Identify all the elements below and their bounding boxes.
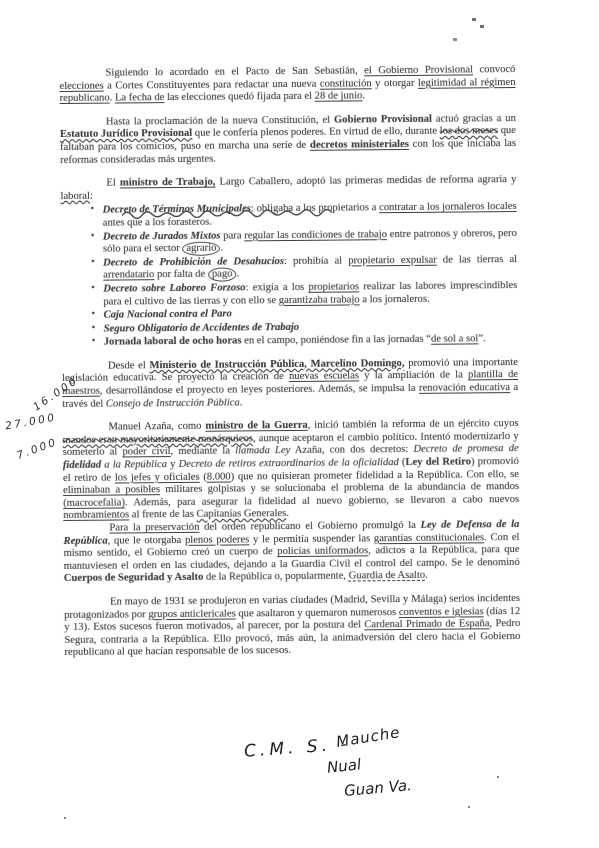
list-item-jurados-mixtos: Decreto de Jurados Mixtos para regular l…	[91, 228, 517, 257]
text-segment: , desarrollándose el proyecto en leyes p…	[100, 383, 419, 397]
text-segment: de las tierras al	[437, 254, 517, 266]
text-segment: .	[220, 243, 223, 254]
text-segment: a los jornaleros.	[360, 293, 430, 305]
text-segment: nuevas escuelas	[289, 371, 359, 383]
text-segment: plenos poderes	[185, 534, 249, 546]
handwritten-margin-note: 7.000	[15, 436, 59, 462]
text-segment: garantizaba trabajo	[279, 294, 360, 306]
paragraph-pacto-san-sebastian: Siguiendo lo acordado en el Pacto de San…	[59, 64, 515, 106]
photocopy-speck	[453, 38, 457, 41]
text-segment: poder civil	[122, 446, 170, 457]
text-segment: pago	[208, 268, 237, 282]
handwritten-note: Nual	[326, 755, 362, 776]
photocopy-speck	[472, 18, 476, 21]
text-segment: de la República o, popularmente,	[203, 571, 348, 583]
text-segment: los dos meses	[440, 126, 498, 138]
text-segment: policías uniformados	[277, 546, 368, 558]
text-segment: militares golpistas y se solucionaba el …	[160, 481, 519, 495]
text-segment: ministro de la Guerra	[205, 420, 307, 432]
text-segment: : prohibía al	[284, 255, 348, 267]
text-segment: renovación educativa	[419, 382, 510, 394]
text-segment: Decreto de retiros extraordinarios de la…	[179, 457, 399, 470]
text-segment: actuó gracias a un	[432, 113, 516, 125]
paragraph-ministro-guerra: Manuel Azaña, como ministro de la Guerra…	[62, 418, 519, 523]
text-segment: propietario expulsar	[348, 254, 437, 266]
text-segment: Decreto de Prohibición de Desahucios	[103, 256, 284, 269]
handwritten-note: Guan Va.	[343, 776, 412, 800]
handwritten-note: Mauche	[335, 723, 402, 751]
text-segment: mandos eran mayoritariamente monárquicos	[63, 433, 253, 446]
text-segment: Cardenal Primado de España	[364, 618, 489, 630]
text-segment: el Gobierno Provisional	[364, 64, 473, 76]
text-segment: Cuerpos de Seguridad y Asalto	[64, 572, 204, 584]
text-segment: a Cortes Constituyentes para redactar un…	[104, 78, 320, 91]
text-segment: Gobierno Provisional	[334, 114, 432, 126]
text-segment: (macrocefalia)	[63, 497, 125, 509]
text-segment: 28 de junio	[315, 91, 363, 102]
text-segment: Ley del Retiro	[405, 456, 471, 468]
text-segment: Decreto de Jurados Mixtos	[103, 230, 221, 242]
list-item-prohibicion-desahucios: Decreto de Prohibición de Desahucios: pr…	[91, 254, 517, 283]
text-segment: del orden republicano el Gobierno promul…	[199, 520, 420, 533]
text-segment: agrario	[182, 242, 220, 256]
text-segment: Caja Nacional contra el Paro	[103, 309, 231, 321]
text-segment: Largo Caballero, adoptó las primeras med…	[215, 174, 516, 188]
text-segment: nombramientos	[63, 510, 129, 522]
text-segment: llamada Ley	[235, 445, 290, 456]
text-segment: , mediante la	[171, 446, 236, 458]
text-segment: : exigía a los	[245, 282, 308, 294]
text-segment: y otorgar	[372, 77, 418, 88]
handwritten-margin-note: 27.000	[4, 412, 57, 433]
text-segment: los jefes y oficiales	[115, 471, 200, 483]
text-segment: grupos anticlericales	[148, 608, 235, 620]
text-segment: Estatuto Jurídico Provisional	[60, 128, 192, 140]
decree-list: Decreto de Términos Municipales: obligab…	[61, 201, 518, 350]
text-segment: Jornada laboral de ocho horas	[104, 336, 242, 348]
text-segment: , inició también la reforma de un ejérci…	[308, 418, 519, 431]
text-segment: .	[425, 570, 428, 581]
text-segment: ”.	[478, 334, 485, 345]
text-segment: El	[106, 178, 120, 189]
text-segment: decretos ministeriales	[310, 139, 409, 151]
text-segment: Capitanías Generales	[196, 508, 286, 520]
text-segment: Para la preservación	[109, 522, 199, 534]
photocopy-speck	[480, 25, 484, 28]
text-segment: ministro de Trabajo,	[120, 177, 216, 189]
paragraph-estatuto-juridico: Hasta la proclamación de la nueva Consti…	[60, 113, 516, 167]
ink-dot	[497, 776, 499, 778]
text-segment: Azaña, con dos decretos:	[290, 444, 413, 456]
text-segment: , que le otorgaba	[108, 535, 185, 547]
text-segment: regular las condiciones de trabajo	[244, 229, 387, 241]
text-segment: .	[362, 91, 365, 102]
text-segment: arrendatario	[103, 269, 154, 280]
text-segment: que asaltaron y quemaron numerosos	[236, 607, 399, 619]
text-segment: Siguiendo lo acordado en el Pacto de San…	[105, 65, 364, 78]
text-segment: Manuel Azaña, como	[108, 421, 205, 433]
text-segment: en el campo, poniéndose fin a las jornad…	[241, 334, 431, 347]
scanned-document-page: Siguiendo lo acordado en el Pacto de San…	[0, 0, 599, 848]
paragraph-quema-conventos: En mayo de 1931 se produjeron en varias …	[64, 593, 521, 660]
text-segment: y	[167, 459, 179, 470]
text-segment: para	[220, 230, 244, 241]
text-segment: laboral	[60, 190, 90, 201]
text-segment: convocó	[473, 64, 515, 75]
text-segment: elecciones	[59, 80, 103, 91]
text-segment: :	[90, 190, 93, 201]
ink-dot	[64, 817, 66, 819]
text-segment: por falta de	[154, 269, 208, 280]
paragraph-instruccion-publica: Desde el Ministerio de Instrucción Públi…	[62, 357, 518, 411]
list-item-jornada-ocho-horas: Jornada laboral de ocho horas en el camp…	[92, 333, 518, 349]
text-segment: 8.000	[207, 471, 231, 482]
text-segment: fidelidad	[63, 460, 101, 471]
text-segment: de sol a sol	[431, 334, 478, 345]
text-segment: Consejo de Instrucción Pública	[106, 397, 240, 409]
text-segment: eliminaban a posibles	[63, 484, 160, 496]
text-segment: contratar a los jornaleros locales	[379, 201, 517, 213]
text-segment: que le confería plenos poderes. En virtu…	[192, 126, 440, 139]
text-segment: Decreto de promesa de	[413, 443, 518, 455]
text-segment: .	[236, 269, 239, 280]
text-segment: al frente de las	[129, 509, 196, 521]
paragraph-defensa-republica: Para la preservación del orden republica…	[63, 519, 520, 586]
text-segment: Ministerio de Instrucción Pública, Marce…	[149, 358, 404, 371]
text-segment: ) que no quisieran prometer fidelidad a …	[231, 469, 519, 483]
text-segment: conventos e iglesias	[399, 606, 484, 618]
text-segment: .	[240, 397, 243, 408]
text-segment: y le permitía suspender las	[249, 533, 374, 545]
text-segment: . Además, para asegurar la fidelidad al …	[125, 494, 519, 508]
text-segment: constitución	[320, 78, 372, 89]
text-segment: Hasta la proclamación de la nueva Consti…	[106, 114, 334, 127]
paragraph-ministro-trabajo: El ministro de Trabajo, Largo Caballero,…	[60, 174, 516, 203]
text-segment: (	[200, 471, 207, 482]
text-segment: garantías constitucionales	[374, 532, 484, 544]
ink-dot	[468, 806, 470, 808]
text-segment: y la ampliación de la	[359, 370, 468, 382]
text-segment: Desde el	[108, 360, 150, 371]
text-segment: Seguro Obligatorio de Accidentes de Trab…	[104, 322, 300, 335]
text-segment: a la República	[101, 459, 167, 471]
text-segment: Guardia de Asalto	[349, 570, 426, 582]
text-segment: .	[286, 508, 289, 519]
list-item-laboreo-forzoso: Decreto sobre Laboreo Forzoso: exigía a …	[91, 280, 517, 309]
text-segment: las elecciones quedó fijada para el	[164, 91, 314, 103]
text-segment: Decreto sobre Laboreo Forzoso	[103, 282, 245, 294]
text-segment: La fecha de	[115, 92, 165, 103]
document-text-block: Siguiendo lo acordado en el Pacto de San…	[59, 64, 520, 671]
text-segment: propietarios	[308, 281, 359, 292]
